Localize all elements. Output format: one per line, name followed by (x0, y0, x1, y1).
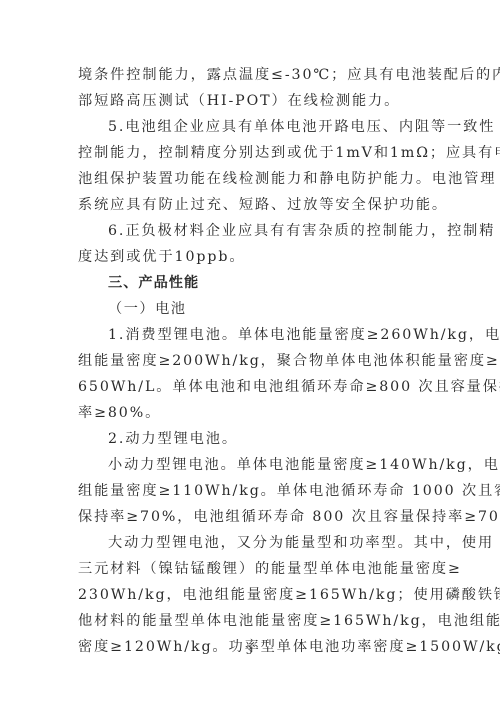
text-line: 组能量密度≥110Wh/kg。单体电池循环寿命 1000 次且容量 (78, 478, 424, 504)
subsection-heading: （一）电池 (78, 296, 424, 322)
paragraph-item-2: 2.动力型锂电池。 (78, 426, 424, 452)
text-line: 三元材料（镍钴锰酸锂）的能量型单体电池能量密度≥ (78, 556, 424, 582)
text-line: 度达到或优于10ppb。 (78, 244, 424, 270)
text-line: 系统应具有防止过充、短路、过放等安全保护功能。 (78, 192, 424, 218)
text-line: 650Wh/L。单体电池和电池组循环寿命≥800 次且容量保持 (78, 374, 424, 400)
text-line: 控制能力，控制精度分别达到或优于1mV和1mΩ；应具有电 (78, 140, 424, 166)
text-line: 境条件控制能力，露点温度≤-30℃；应具有电池装配后的内 (78, 62, 424, 88)
text-line: 组能量密度≥200Wh/kg，聚合物单体电池体积能量密度≥ (78, 348, 424, 374)
paragraph-large-power: 大动力型锂电池，又分为能量型和功率型。其中，使用 (78, 530, 424, 556)
document-body: 境条件控制能力，露点温度≤-30℃；应具有电池装配后的内 部短路高压测试（HI-… (78, 62, 424, 660)
text-line: 部短路高压测试（HI-POT）在线检测能力。 (78, 88, 424, 114)
paragraph-item-6: 6.正负极材料企业应具有有害杂质的控制能力，控制精 (78, 218, 424, 244)
document-page: 境条件控制能力，露点温度≤-30℃；应具有电池装配后的内 部短路高压测试（HI-… (0, 0, 500, 706)
paragraph-item-1: 1.消费型锂电池。单体电池能量密度≥260Wh/kg，电池 (78, 322, 424, 348)
section-heading: 三、产品性能 (78, 270, 424, 296)
paragraph-item-5: 5.电池组企业应具有单体电池开路电压、内阻等一致性 (78, 114, 424, 140)
text-line: 230Wh/kg，电池组能量密度≥165Wh/kg；使用磷酸铁锂等其 (78, 582, 424, 608)
page-number: 3 (244, 646, 254, 657)
text-line: 池组保护装置功能在线检测能力和静电防护能力。电池管理 (78, 166, 424, 192)
text-line: 率≥80%。 (78, 400, 424, 426)
text-line: 保持率≥70%，电池组循环寿命 800 次且容量保持率≥70%。 (78, 504, 424, 530)
text-line: 他材料的能量型单体电池能量密度≥165Wh/kg，电池组能量 (78, 608, 424, 634)
paragraph-small-power: 小动力型锂电池。单体电池能量密度≥140Wh/kg，电池 (78, 452, 424, 478)
